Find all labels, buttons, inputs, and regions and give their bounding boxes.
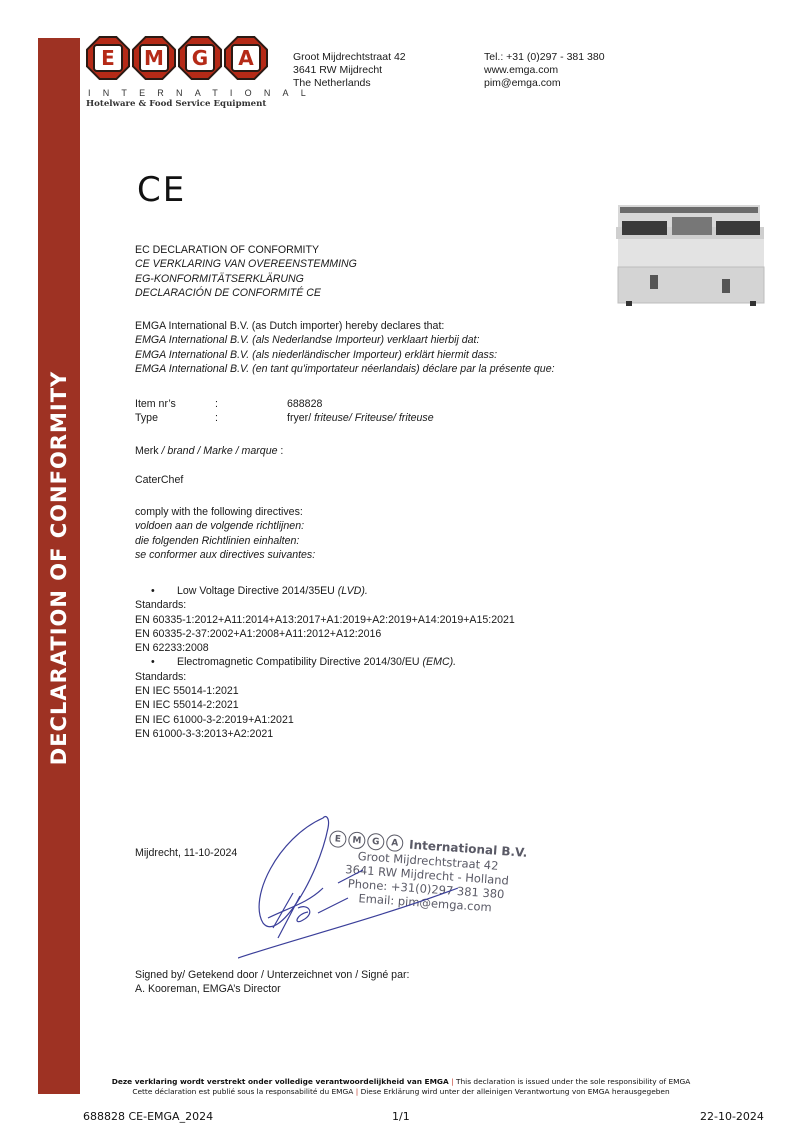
brand-label-translations: / brand / Marke / marque (161, 445, 277, 457)
directive-name: Low Voltage Directive 2014/35EU (177, 585, 338, 597)
footer-de: Diese Erklärung wird unter der alleinige… (361, 1087, 670, 1096)
standard-item: EN IEC 55014-1:2021 (135, 684, 515, 698)
website-link[interactable]: www.emga.com (484, 64, 605, 77)
declaration-title: EC DECLARATION OF CONFORMITY CE VERKLARI… (135, 243, 357, 300)
logo-letter: E (93, 44, 123, 72)
logo-letter: A (231, 44, 261, 72)
type-label: Type (135, 411, 215, 425)
header-contact: Tel.: +31 (0)297 - 381 380 www.emga.com … (484, 51, 605, 90)
sidebar-title: DECLARATION OF CONFORMITY (47, 371, 71, 765)
doc-date: 22-10-2024 (700, 1110, 764, 1123)
brand-label-nl: Merk (135, 445, 161, 457)
fryer-image (612, 205, 767, 310)
stamp-letter: G (367, 833, 385, 851)
signed-label: Signed by/ Getekend door / Unterzeichnet… (135, 968, 409, 982)
title-fr: DECLARACIÓN DE CONFORMITÉ CE (135, 286, 357, 300)
declares-de: EMGA International B.V. (als niederländi… (135, 348, 555, 362)
brand-label-colon: : (277, 445, 283, 457)
declares-fr: EMGA International B.V. (en tant qu'impo… (135, 362, 555, 376)
separator: | (356, 1087, 359, 1096)
bullet-icon: • (151, 655, 177, 669)
directive-abbr: (LVD). (338, 585, 368, 597)
place-date: Mijdrecht, 11-10-2024 (135, 846, 237, 860)
ce-mark-icon: CE (137, 170, 186, 210)
footer-fr: Cette déclaration est publié sous la res… (132, 1087, 353, 1096)
declares-section: EMGA International B.V. (as Dutch import… (135, 319, 555, 376)
standards-label: Standards: (135, 598, 515, 612)
stamp-letter: M (348, 831, 366, 849)
directive-item: • Low Voltage Directive 2014/35EU (LVD). (135, 584, 515, 598)
standards-label: Standards: (135, 670, 515, 684)
logo-tagline: Hotelware & Food Service Equipment (86, 99, 276, 109)
title-de: EG-KONFORMITÄTSERKLÄRUNG (135, 272, 357, 286)
comply-section: comply with the following directives: vo… (135, 505, 315, 562)
standard-item: EN 60335-1:2012+A11:2014+A13:2017+A1:201… (135, 613, 515, 627)
logo-letter: G (185, 44, 215, 72)
logo-subtitle: INTERNATIONAL (86, 88, 276, 98)
signed-section: Signed by/ Getekend door / Unterzeichnet… (135, 968, 409, 997)
standard-item: EN 60335-2-37:2002+A1:2008+A11:2012+A12:… (135, 627, 515, 641)
signer-name: A. Kooreman, EMGA’s Director (135, 982, 409, 996)
colon: : (215, 397, 287, 411)
standard-item: EN 62233:2008 (135, 641, 515, 655)
standard-item: EN IEC 61000-3-2:2019+A1:2021 (135, 713, 515, 727)
logo-letter: M (139, 44, 169, 72)
standard-item: EN 61000-3-3:2013+A2:2021 (135, 727, 515, 741)
header-address: Groot Mijdrechtstraat 42 3641 RW Mijdrec… (293, 51, 406, 90)
type-value: fryer/ (287, 412, 311, 424)
directive-name: Electromagnetic Compatibility Directive … (177, 656, 423, 668)
stamp-letter: E (329, 830, 347, 848)
phone: Tel.: +31 (0)297 - 381 380 (484, 51, 605, 64)
declares-en: EMGA International B.V. (as Dutch import… (135, 319, 555, 333)
directive-item: • Electromagnetic Compatibility Directiv… (135, 655, 515, 669)
item-section: Item nr’s : 688828 Type : fryer/ friteus… (135, 397, 434, 426)
page-number: 1/1 (392, 1110, 410, 1123)
separator: | (451, 1077, 454, 1086)
stamp-letter: A (386, 834, 404, 852)
email-link[interactable]: pim@emga.com (484, 77, 605, 90)
item-value: 688828 (287, 397, 322, 411)
item-label: Item nr’s (135, 397, 215, 411)
declares-nl: EMGA International B.V. (als Nederlandse… (135, 333, 555, 347)
comply-nl: voldoen aan de volgende richtlijnen: (135, 519, 315, 533)
doc-id: 688828 CE-EMGA_2024 (83, 1110, 213, 1123)
address-line: 3641 RW Mijdrecht (293, 64, 406, 77)
comply-en: comply with the following directives: (135, 505, 315, 519)
directive-abbr: (EMC). (423, 656, 457, 668)
address-line: Groot Mijdrechtstraat 42 (293, 51, 406, 64)
comply-de: die folgenden Richtlinien einhalten: (135, 534, 315, 548)
emga-logo: E M G A INTERNATIONAL Hotelware & Food S… (86, 36, 276, 109)
footer-responsibility: Deze verklaring wordt verstrekt onder vo… (0, 1077, 802, 1097)
title-en: EC DECLARATION OF CONFORMITY (135, 243, 357, 257)
standard-item: EN IEC 55014-2:2021 (135, 698, 515, 712)
brand-value: CaterChef (135, 473, 183, 487)
footer-en: This declaration is issued under the sol… (456, 1077, 690, 1086)
bullet-icon: • (151, 584, 177, 598)
colon: : (215, 411, 287, 425)
footer-nl: Deze verklaring wordt verstrekt onder vo… (112, 1077, 449, 1086)
directives-section: • Low Voltage Directive 2014/35EU (LVD).… (135, 584, 515, 741)
company-stamp: E M G A International B.V. Groot Mijdrec… (325, 830, 530, 917)
type-value-translations: friteuse/ Friteuse/ friteuse (311, 412, 433, 424)
comply-fr: se conformer aux directives suivantes: (135, 548, 315, 562)
brand-label: Merk / brand / Marke / marque : (135, 444, 283, 458)
title-nl: CE VERKLARING VAN OVEREENSTEMMING (135, 257, 357, 271)
address-line: The Netherlands (293, 77, 406, 90)
